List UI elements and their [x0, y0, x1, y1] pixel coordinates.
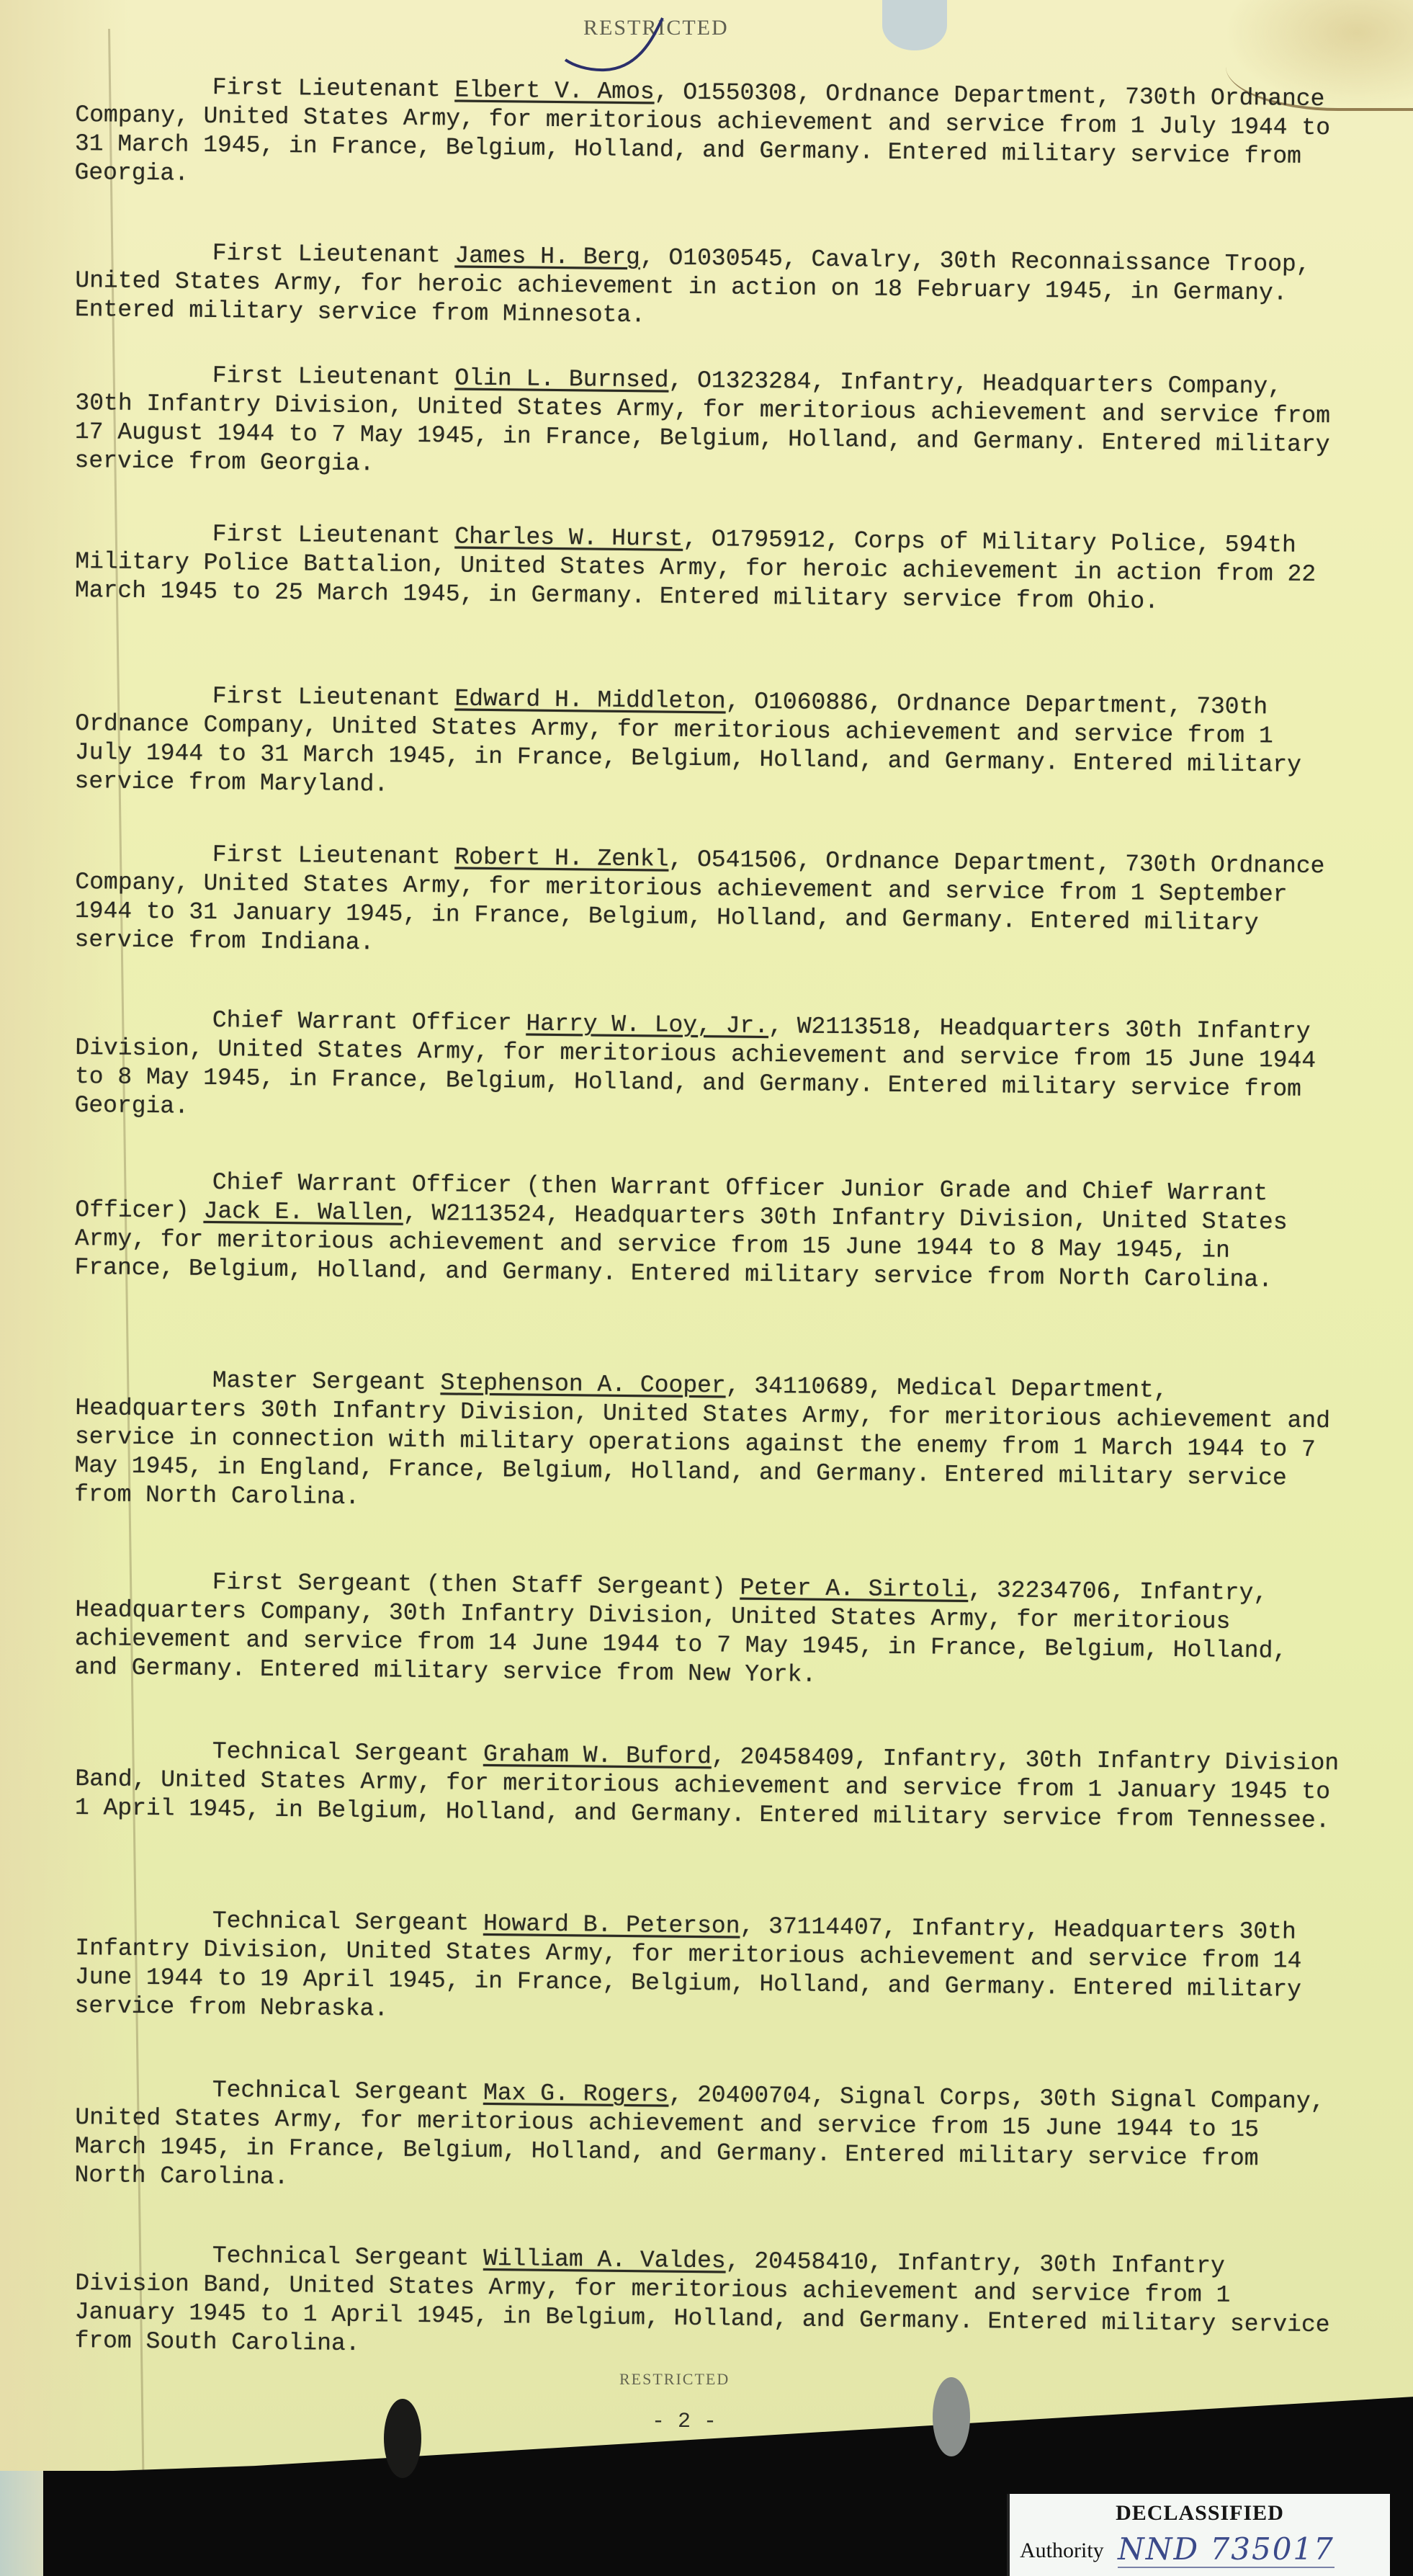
- pen-mark-icon: [547, 11, 713, 76]
- citation-name: Harry W. Loy, Jr.: [526, 1011, 768, 1040]
- classification-footer: RESTRICTED: [619, 2370, 730, 2389]
- citation-3: First Lieutenant Charles W. Hurst, O1795…: [75, 519, 1343, 618]
- citation-rank: First Sergeant (then Staff Sergeant): [212, 1569, 726, 1601]
- citation-rank: Technical Sergeant: [212, 1908, 470, 1937]
- document-page: RESTRICTED First Lieutenant Elbert V. Am…: [0, 0, 1413, 2471]
- citation-rank: First Lieutenant: [212, 841, 441, 870]
- citation-8: Master Sergeant Stephenson A. Cooper, 34…: [74, 1365, 1343, 1522]
- citation-0: First Lieutenant Elbert V. Amos, O155030…: [74, 72, 1343, 200]
- citation-6: Chief Warrant Officer Harry W. Loy, Jr.,…: [74, 1005, 1343, 1133]
- citation-rank: Master Sergeant: [212, 1367, 426, 1396]
- citation-rank: Technical Sergeant: [212, 2242, 470, 2272]
- citation-12: Technical Sergeant Max G. Rogers, 204007…: [74, 2075, 1343, 2203]
- citation-7: Chief Warrant Officer (then Warrant Offi…: [74, 1167, 1343, 1295]
- torn-edge: [882, 0, 947, 50]
- citation-9: First Sergeant (then Staff Sergeant) Pet…: [74, 1567, 1343, 1695]
- citation-13: Technical Sergeant William A. Valdes, 20…: [74, 2240, 1343, 2369]
- citation-name: Max G. Rogers: [483, 2080, 669, 2108]
- citation-4: First Lieutenant Edward H. Middleton, O1…: [74, 681, 1343, 809]
- citation-name: Robert H. Zenkl: [454, 844, 668, 873]
- citation-name: Olin L. Burnsed: [454, 365, 668, 394]
- citation-name: Jack E. Wallen: [203, 1198, 403, 1227]
- citation-name: Howard B. Peterson: [483, 1910, 740, 1940]
- citation-10: Technical Sergeant Graham W. Buford, 204…: [75, 1736, 1343, 1835]
- citation-name: Elbert V. Amos: [454, 77, 655, 106]
- citation-rank: First Lieutenant: [212, 683, 441, 712]
- citation-rank: First Lieutenant: [212, 521, 441, 550]
- citation-5: First Lieutenant Robert H. Zenkl, O54150…: [74, 839, 1343, 967]
- citation-rank: First Lieutenant: [212, 74, 441, 103]
- stamp-authority-value: NND 735017: [1118, 2531, 1334, 2568]
- citation-rank: Technical Sergeant: [212, 1738, 470, 1768]
- citation-rank: First Lieutenant: [212, 240, 441, 269]
- stamp-authority-label: Authority: [1020, 2539, 1104, 2563]
- citation-name: Stephenson A. Cooper: [440, 1369, 725, 1399]
- citation-name: Edward H. Middleton: [454, 686, 726, 715]
- page-number: - 2 -: [652, 2410, 717, 2434]
- citation-rank: First Lieutenant: [212, 362, 441, 391]
- citation-name: William A. Valdes: [483, 2245, 726, 2275]
- citation-name: Peter A. Sirtoli: [740, 1575, 968, 1604]
- citation-name: Charles W. Hurst: [454, 524, 683, 553]
- citation-rank: Chief Warrant Officer: [212, 1007, 512, 1037]
- citation-rank: Technical Sergeant: [212, 2077, 470, 2106]
- citation-2: First Lieutenant Olin L. Burnsed, O13232…: [74, 360, 1343, 488]
- citation-1: First Lieutenant James H. Berg, O1030545…: [75, 238, 1343, 337]
- citation-name: Graham W. Buford: [483, 1741, 712, 1770]
- punch-hole-left: [384, 2399, 421, 2478]
- citation-11: Technical Sergeant Howard B. Peterson, 3…: [74, 1905, 1343, 2034]
- punch-hole-right: [933, 2377, 970, 2456]
- declassified-stamp: DECLASSIFIED Authority NND 735017: [1007, 2494, 1390, 2576]
- citation-name: James H. Berg: [454, 243, 640, 272]
- stamp-title: DECLASSIFIED: [1010, 2501, 1390, 2526]
